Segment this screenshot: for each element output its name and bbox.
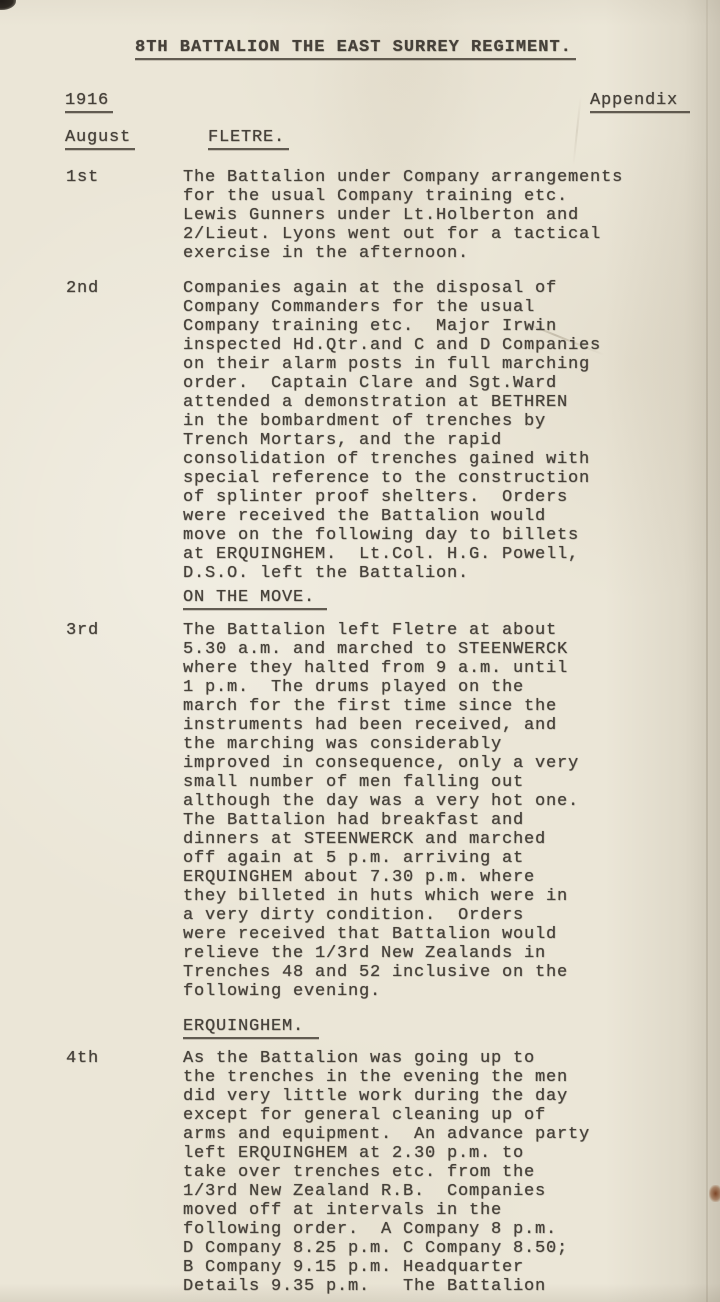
crease-line <box>572 96 581 166</box>
appendix-label: Appendix <box>590 91 690 110</box>
scan-corner-mark <box>0 0 16 10</box>
entry-text: Companies again at the disposal of Compa… <box>183 279 720 583</box>
entry-text: As the Battalion was going up to the tre… <box>183 1049 720 1296</box>
diary-entry-3rd: 3rd The Battalion left Fletre at about 5… <box>0 621 720 1001</box>
entry-date: 1st <box>66 168 99 187</box>
page-title: 8TH BATTALION THE EAST SURREY REGIMENT. <box>135 38 576 57</box>
diary-entry-2nd: 2nd Companies again at the disposal of C… <box>0 279 720 583</box>
war-diary-page: 8TH BATTALION THE EAST SURREY REGIMENT. … <box>0 0 720 1302</box>
entry-date: 4th <box>66 1049 99 1068</box>
month-label: August <box>65 128 135 147</box>
year-label: 1916 <box>65 91 113 110</box>
entry-date: 3rd <box>66 621 99 640</box>
section-heading-on-the-move: ON THE MOVE. <box>183 588 327 607</box>
page-title-text: 8TH BATTALION THE EAST SURREY REGIMENT. <box>135 38 576 60</box>
section-heading-erquinghem: ERQUINGHEM. <box>183 1017 319 1036</box>
diary-entry-4th: 4th As the Battalion was going up to the… <box>0 1049 720 1296</box>
diary-entry-1st: 1st The Battalion under Company arrangem… <box>0 168 720 263</box>
entry-text: The Battalion left Fletre at about 5.30 … <box>183 621 720 1001</box>
entry-date: 2nd <box>66 279 99 298</box>
entry-text: The Battalion under Company arrangements… <box>183 168 720 263</box>
section-heading-fletre: FLETRE. <box>208 128 289 147</box>
